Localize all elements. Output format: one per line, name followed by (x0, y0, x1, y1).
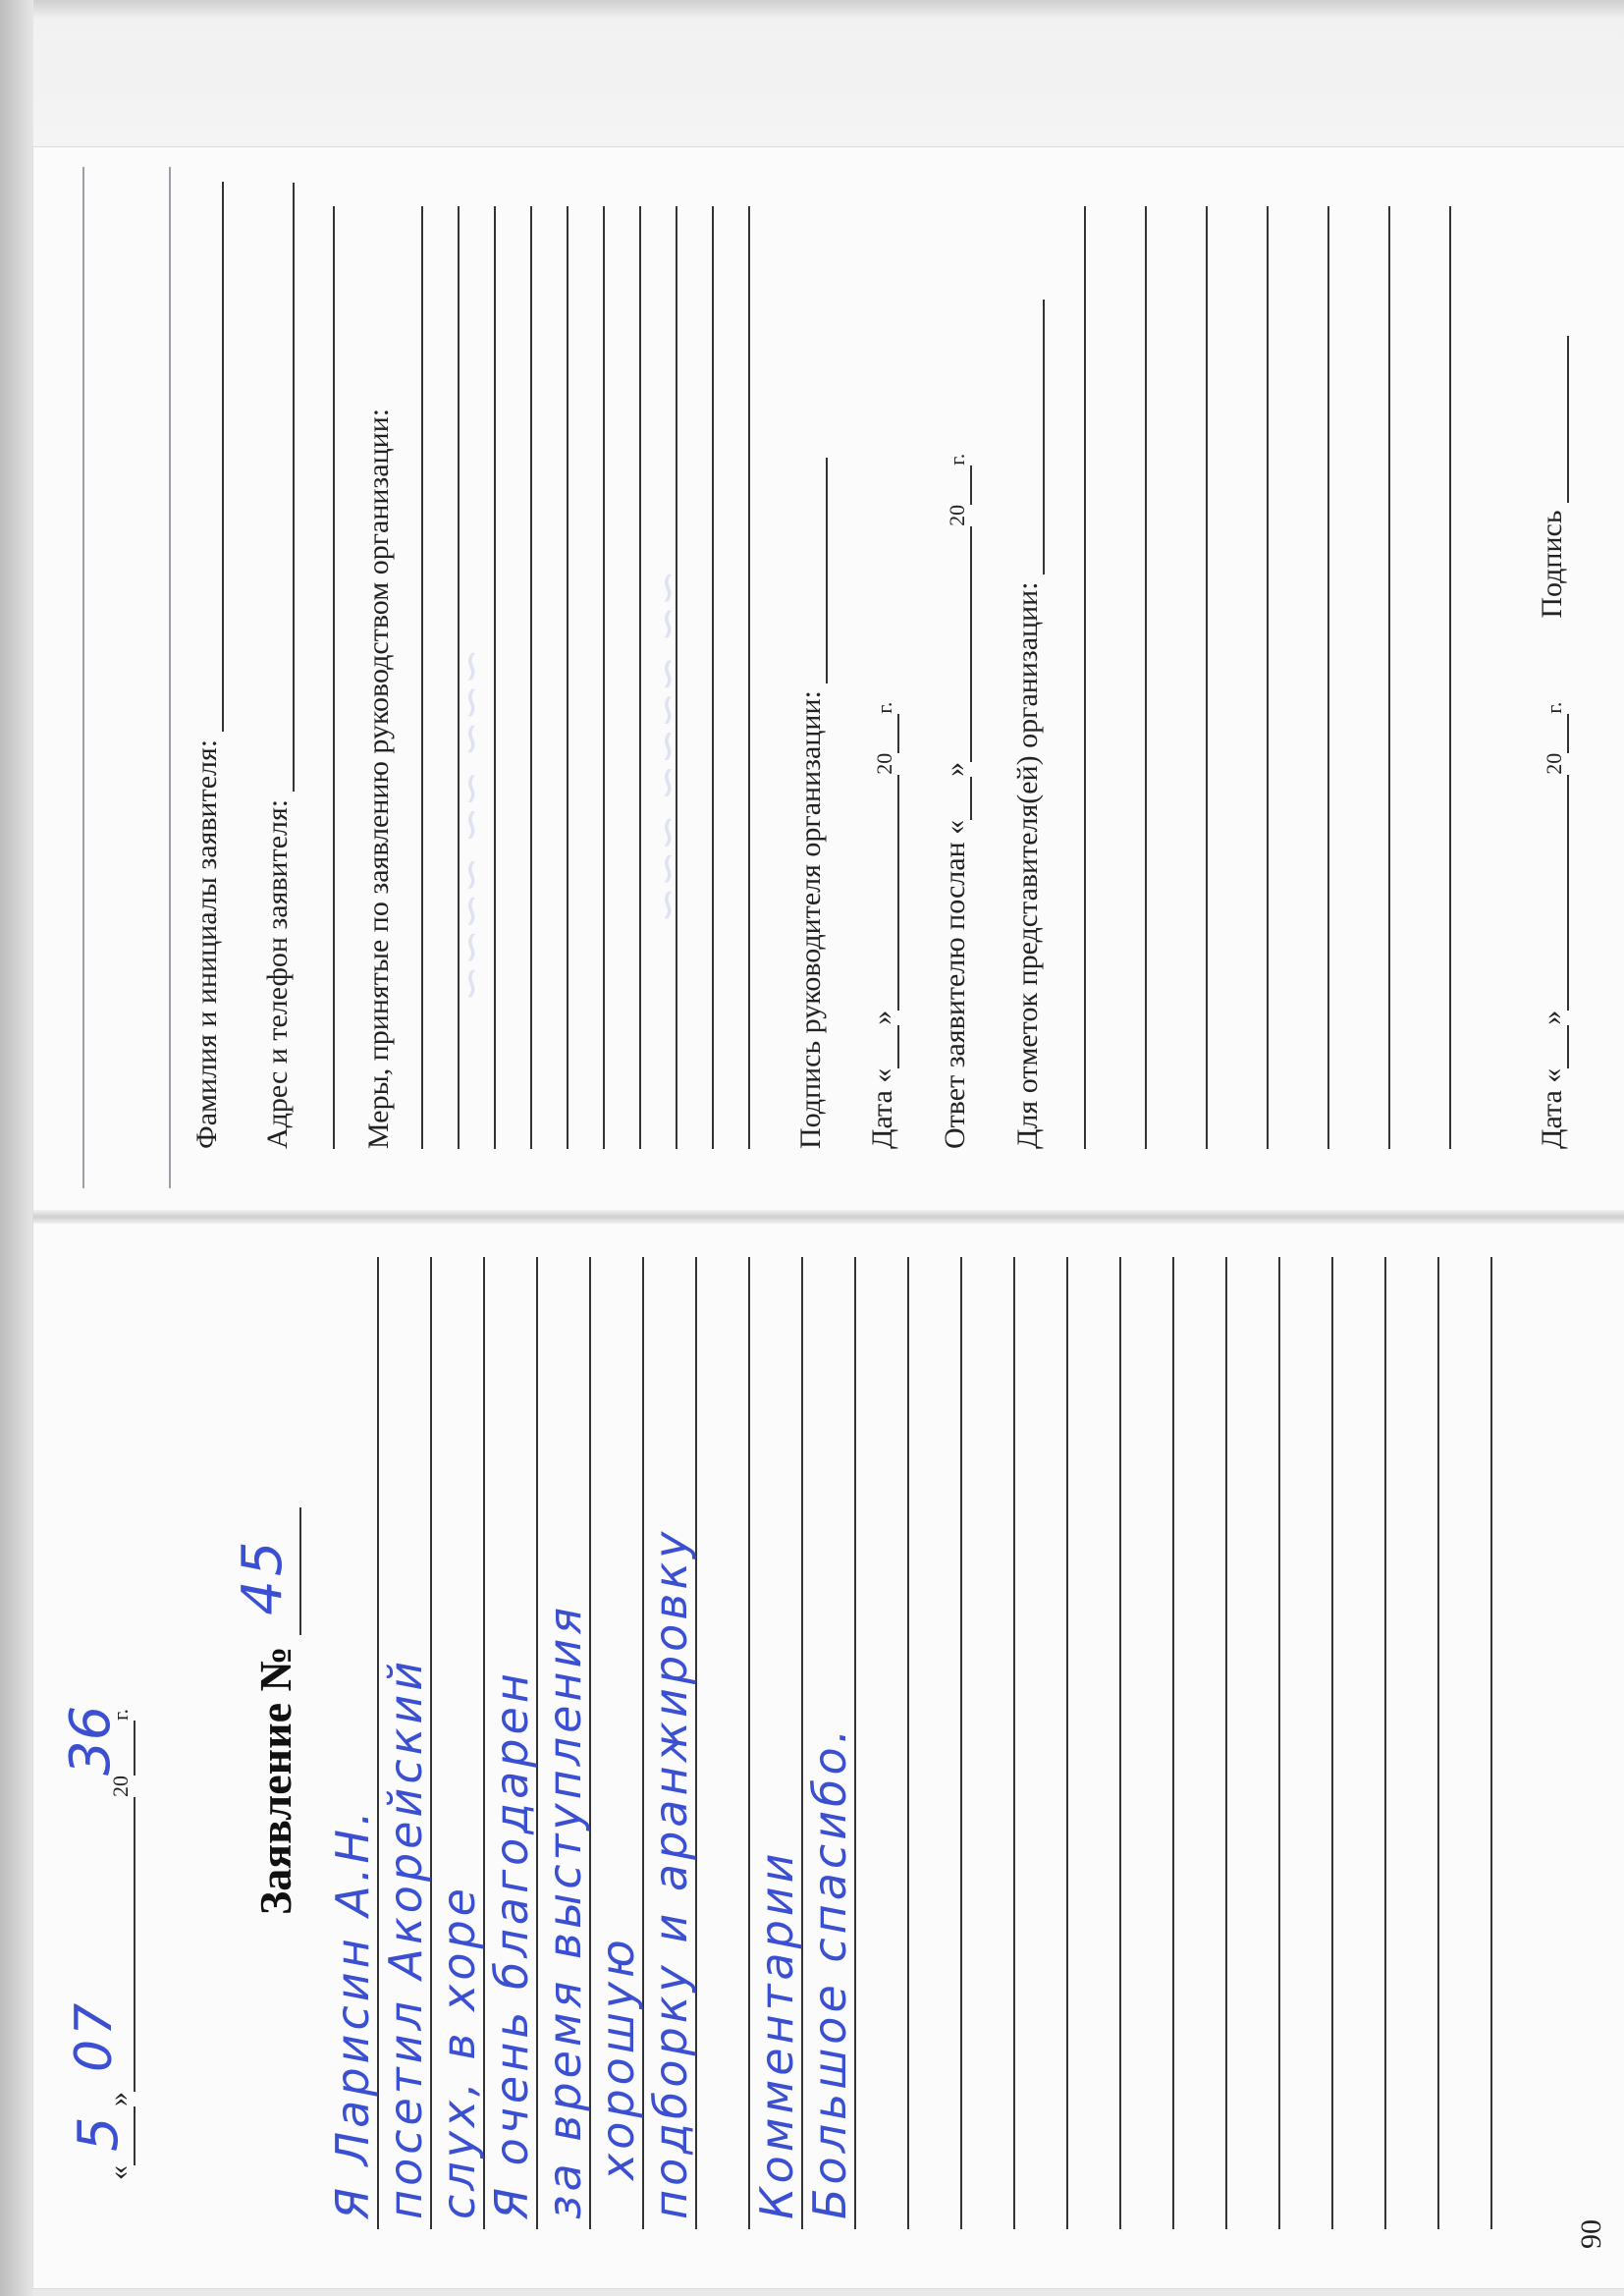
head-signature-row: Подпись руководителя организации: (794, 458, 828, 1149)
applicant-name-field[interactable] (192, 182, 224, 732)
measures-line[interactable] (421, 206, 423, 1149)
measures-line[interactable] (567, 206, 568, 1149)
day-value: 5 (67, 2112, 131, 2152)
scanner-background-top (0, 0, 1624, 157)
reply-year-field[interactable] (941, 465, 972, 505)
head-signature-label: Подпись руководителя организации: (794, 690, 827, 1149)
right-page: Фамилия и инициалы заявителя: Адрес и те… (33, 147, 1624, 1218)
representative-notes-row: Для отметок представителя(ей) организаци… (1011, 300, 1045, 1149)
reply-year-prefix: 20 (945, 505, 969, 526)
scanner-background-left (0, 0, 33, 2296)
page-number: 90 (1575, 2219, 1608, 2249)
representative-notes-label: Для отметок представителя(ей) организаци… (1011, 581, 1044, 1149)
statement-title: Заявление № 45 (249, 1507, 301, 1915)
statement-line[interactable] (1172, 1257, 1174, 2229)
notes-line[interactable] (1449, 206, 1451, 1149)
statement-line[interactable] (1119, 1257, 1121, 2229)
reply-day-field[interactable] (941, 777, 972, 820)
page-header-rule-top (82, 167, 84, 1188)
handwritten-text: Я очень благодарен (485, 1669, 538, 2219)
statement-line[interactable] (960, 1257, 962, 2229)
head-signature-field[interactable] (796, 458, 828, 683)
handwritten-text: Я Ларисин А.Н. (326, 1807, 379, 2219)
date-2-day-field[interactable] (1538, 1025, 1569, 1068)
measures-line[interactable] (603, 206, 605, 1149)
applicant-name-row: Фамилия и инициалы заявителя: (190, 182, 224, 1149)
signature-field[interactable] (1538, 336, 1569, 503)
date-2-suffix: г. (1542, 702, 1566, 714)
handwritten-text: за время выступления (538, 1604, 591, 2219)
date-2-year-field[interactable] (1538, 714, 1569, 753)
statement-line[interactable] (1225, 1257, 1227, 2229)
bleed-through-text: ~~ ~~~~ ~~~ (642, 570, 692, 923)
date-1-year-field[interactable] (868, 714, 899, 753)
reply-month-field[interactable] (941, 526, 972, 762)
statement-number-field[interactable]: 45 (260, 1507, 301, 1635)
year-prefix: 20 (108, 1776, 133, 1797)
notes-line[interactable] (1145, 206, 1147, 1149)
day-field[interactable]: 5 (104, 2106, 135, 2165)
month-field[interactable]: 07 (104, 1797, 135, 2092)
date-2-year-prefix: 20 (1542, 753, 1566, 775)
measures-line[interactable] (530, 206, 532, 1149)
date-open-quote: « (102, 2165, 135, 2180)
month-value: 07 (65, 1999, 124, 2072)
applicant-address-line-2[interactable] (333, 206, 335, 1149)
statement-line[interactable] (907, 1257, 909, 2229)
date-1-day-field[interactable] (868, 1025, 899, 1068)
handwritten-text: слух, в хоре (432, 1885, 485, 2219)
date-2-close: » (1536, 1011, 1568, 1025)
notebook-spread: «5»072036г. Заявление № 45 Я Ларисин А.Н… (33, 147, 1624, 2288)
handwritten-text: подборку и аранжировку (644, 1528, 697, 2219)
handwritten-text: посетил Акорейский (379, 1658, 432, 2219)
handwritten-text: Комментарии (750, 1849, 803, 2219)
measures-line[interactable] (748, 206, 750, 1149)
handwritten-text: хорошую (591, 1936, 644, 2180)
date-1-label: Дата « (866, 1068, 898, 1149)
applicant-address-label: Адрес и телефон заявителя: (261, 799, 294, 1149)
year-value: 36 (59, 1706, 123, 1776)
reply-sent-label: Ответ заявителю послан « (939, 820, 971, 1149)
statement-line[interactable] (1437, 1257, 1439, 2229)
bleed-through-text: ~~~ ~~ ~~~~ (446, 648, 496, 1002)
applicant-address-field[interactable] (263, 183, 295, 792)
statement-line[interactable] (1384, 1257, 1386, 2229)
statement-number-value: 45 (231, 1537, 295, 1614)
date-row-2: Дата «»20г. Подпись (1536, 336, 1569, 1149)
notes-line[interactable] (1388, 206, 1390, 1149)
statement-title-text: Заявление № (250, 1646, 300, 1915)
year-field[interactable]: 36 (104, 1721, 135, 1776)
left-page: «5»072036г. Заявление № 45 Я Ларисин А.Н… (33, 1218, 1624, 2288)
applicant-address-row: Адрес и телефон заявителя: (261, 183, 295, 1149)
notes-line[interactable] (1327, 206, 1329, 1149)
date-2-month-field[interactable] (1538, 775, 1569, 1011)
statement-line[interactable] (1013, 1257, 1015, 2229)
statement-line[interactable] (1490, 1257, 1492, 2229)
signature-label: Подпись (1536, 510, 1568, 618)
statement-line[interactable] (1278, 1257, 1280, 2229)
statement-line[interactable] (1066, 1257, 1068, 2229)
page-header-rule-bottom (169, 167, 171, 1188)
reply-sent-row: Ответ заявителю послан «»20г. (939, 454, 972, 1149)
date-close-quote: » (102, 2092, 135, 2106)
date-1-close: » (866, 1011, 898, 1025)
measures-label: Меры, принятые по заявлению руководством… (362, 409, 396, 1149)
date-line: «5»072036г. (102, 1709, 135, 2180)
date-1-year-prefix: 20 (872, 753, 896, 775)
date-row-1: Дата «»20г. (866, 702, 899, 1149)
measures-line[interactable] (639, 206, 641, 1149)
notes-line[interactable] (1084, 206, 1086, 1149)
statement-line[interactable] (1331, 1257, 1333, 2229)
notes-line[interactable] (1267, 206, 1269, 1149)
representative-notes-field[interactable] (1013, 300, 1045, 574)
date-2-label: Дата « (1536, 1068, 1568, 1149)
reply-close: » (939, 762, 971, 777)
notes-line[interactable] (1206, 206, 1208, 1149)
date-1-month-field[interactable] (868, 775, 899, 1011)
handwritten-text: Большое спасибо. (803, 1725, 856, 2219)
applicant-name-label: Фамилия и инициалы заявителя: (190, 739, 223, 1149)
measures-line[interactable] (712, 206, 714, 1149)
reply-suffix: г. (945, 454, 969, 465)
date-1-suffix: г. (872, 702, 896, 714)
